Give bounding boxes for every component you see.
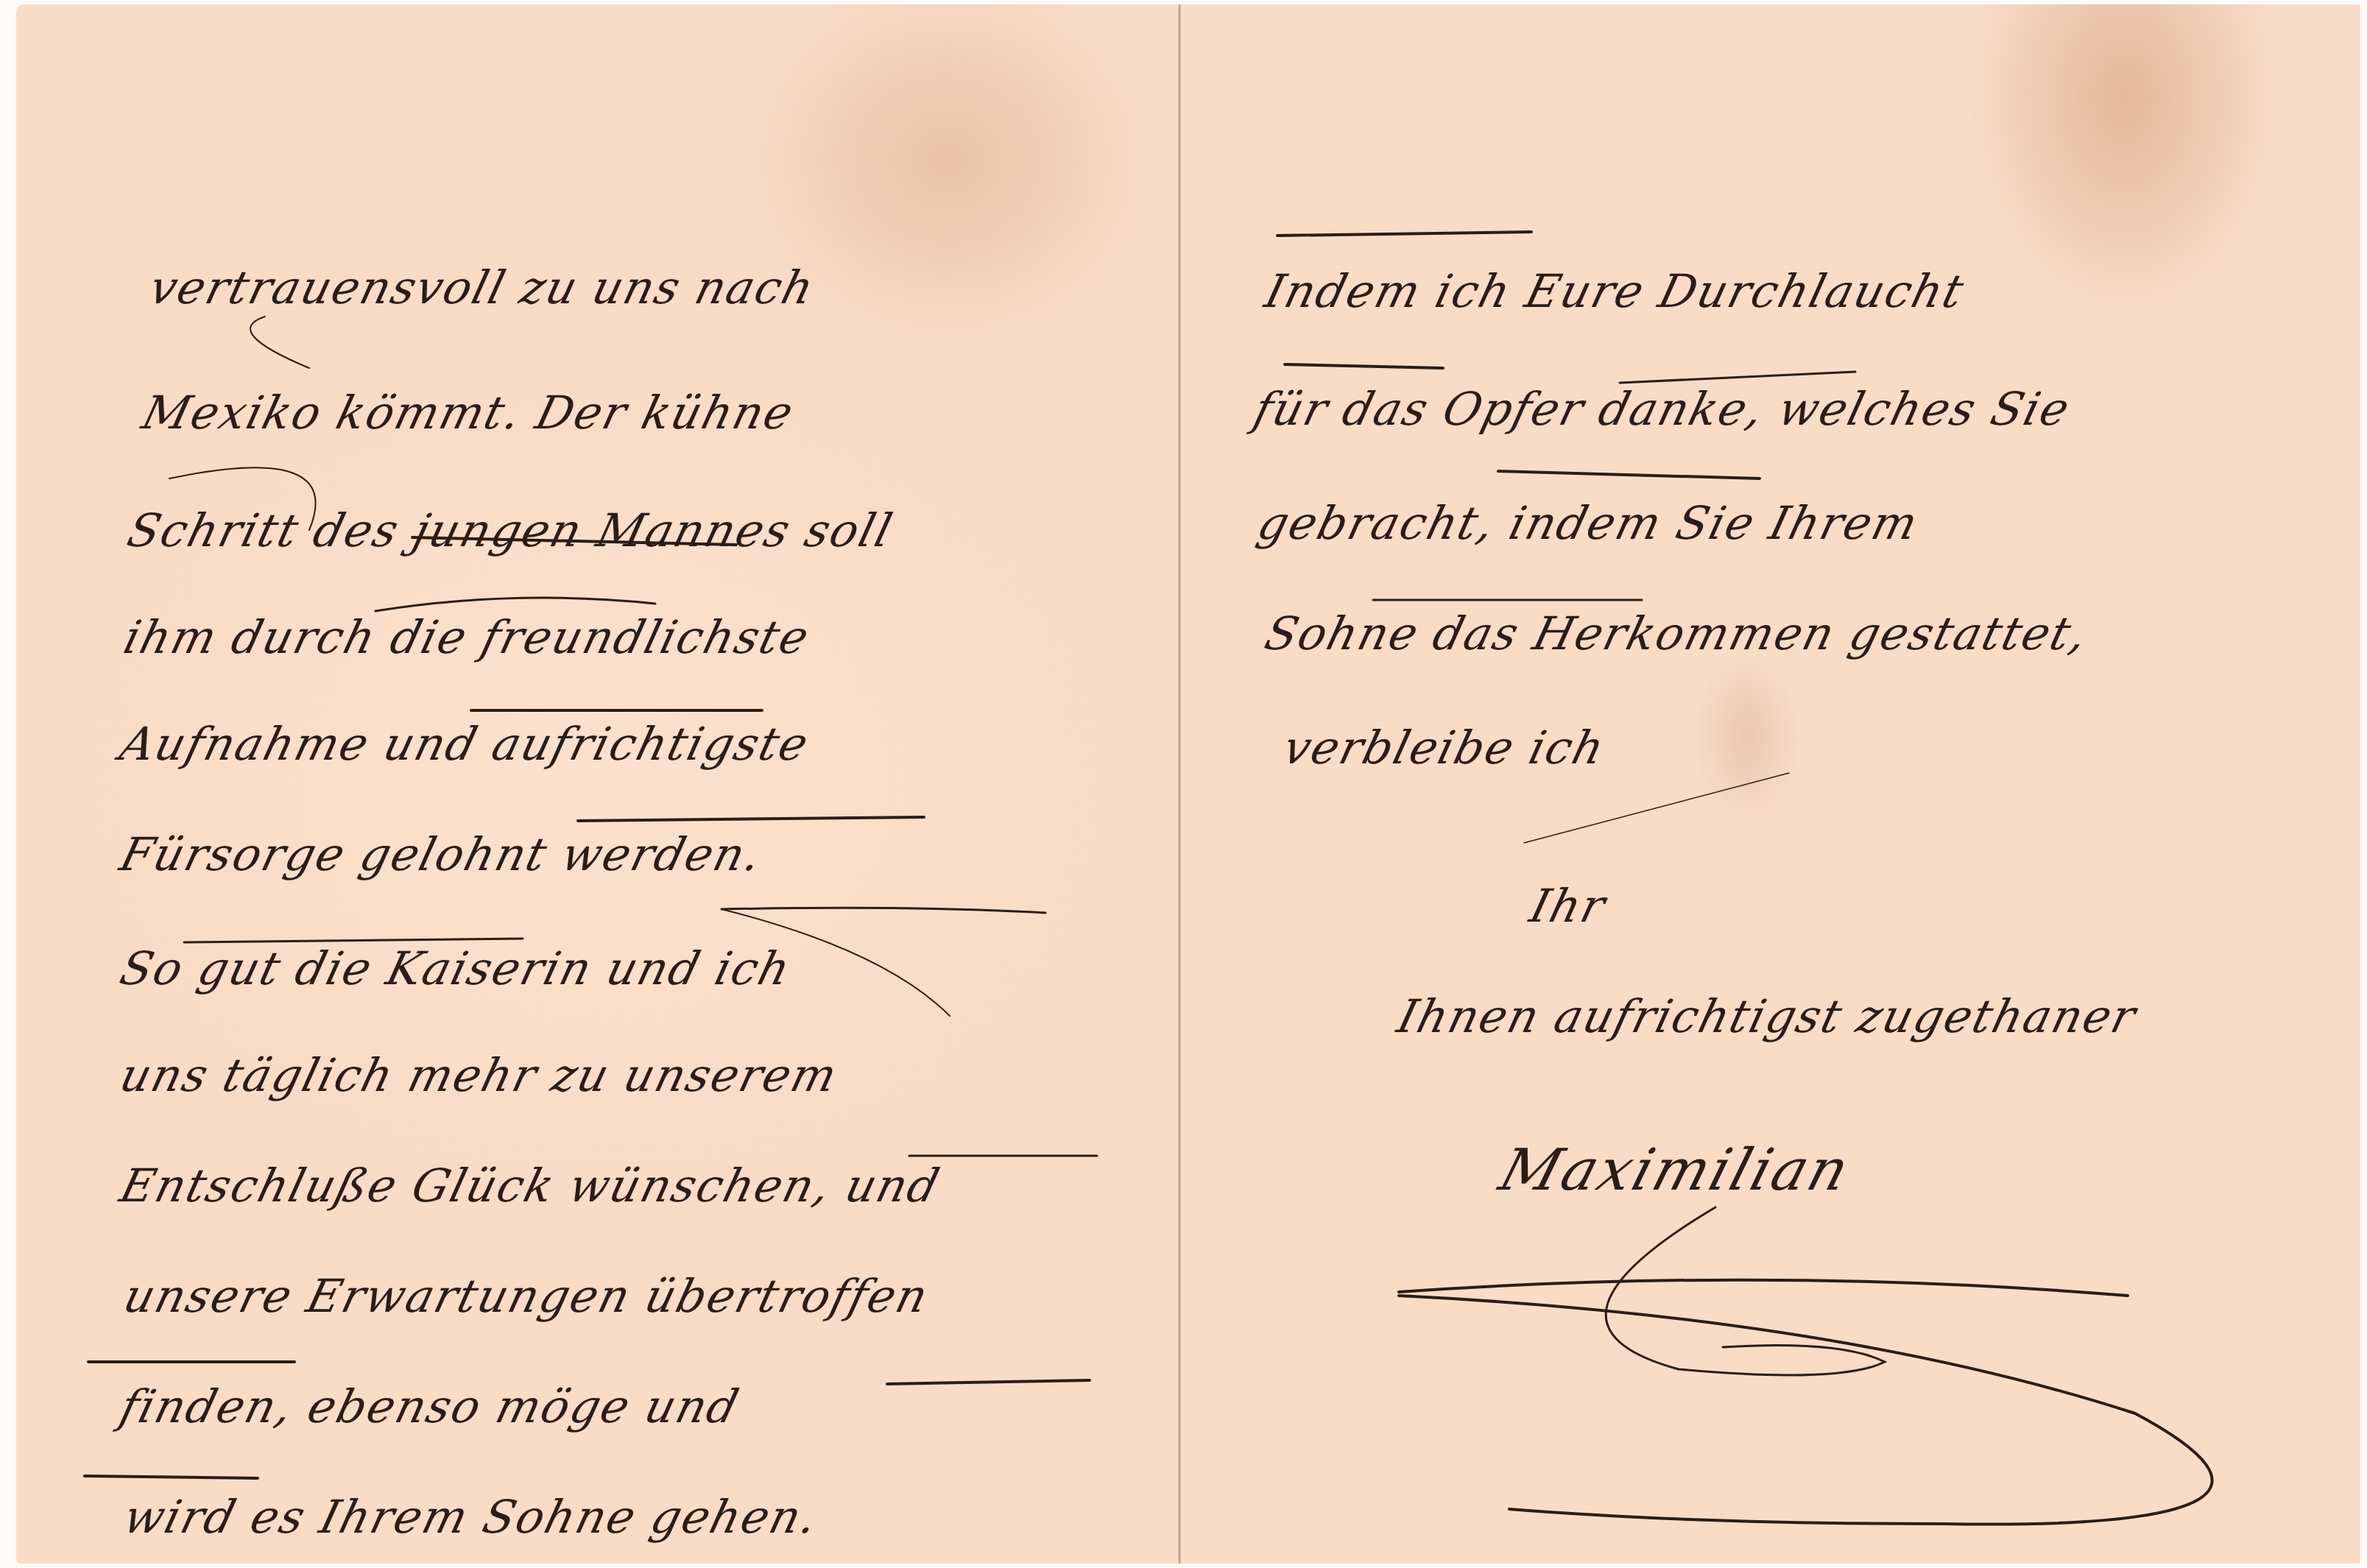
ink-flourishes — [0, 0, 2367, 1568]
